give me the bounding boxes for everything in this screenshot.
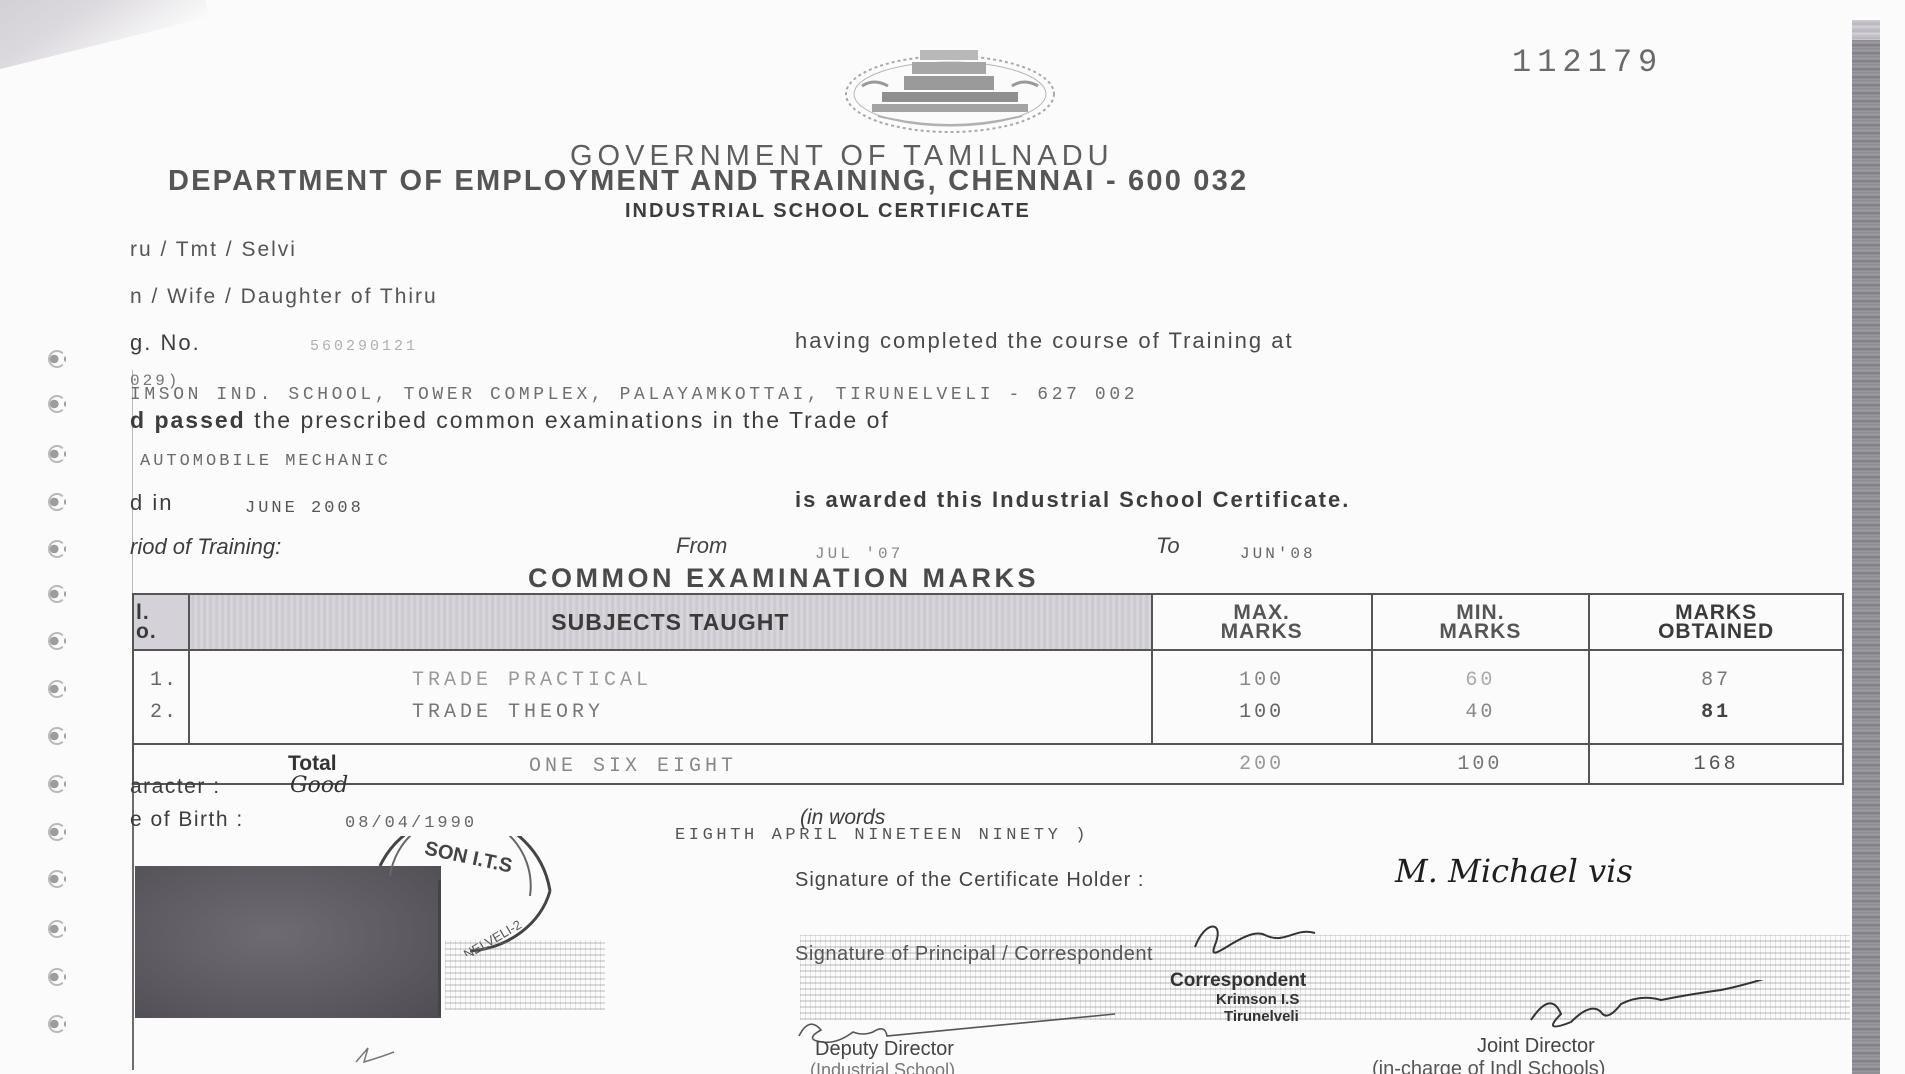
hole-punch-icon xyxy=(48,445,66,463)
period-label: riod of Training: xyxy=(130,534,281,560)
from-value: JUL '07 xyxy=(815,545,903,563)
subject-cell: TRADE PRACTICAL TRADE THEORY xyxy=(189,650,1152,744)
total-label: Total xyxy=(288,752,337,775)
col-subjects: SUBJECTS TAUGHT xyxy=(189,594,1152,650)
row-2-max: 100 xyxy=(1154,697,1370,729)
security-pattern xyxy=(445,940,605,1010)
row-2-sl: 2. xyxy=(150,697,187,729)
row-2-subject: TRADE THEORY xyxy=(412,697,1150,729)
scan-edge-stripe xyxy=(1852,40,1880,1074)
dob-value: 08/04/1990 xyxy=(345,814,477,833)
col-sl-line2: o. xyxy=(136,620,157,643)
hole-punch-icon xyxy=(48,395,66,413)
col-min-line2: MARKS xyxy=(1439,620,1521,643)
hole-punch-icon xyxy=(48,1015,66,1033)
dob-in-words: EIGHTH APRIL NINETEEN NINETY ) xyxy=(675,826,1089,845)
total-obtained-cell: 168 xyxy=(1589,744,1843,784)
hole-punch-icon xyxy=(48,540,66,558)
row-1-max: 100 xyxy=(1154,665,1370,697)
obtained-cell: 87 81 xyxy=(1589,650,1843,744)
principal-signature-label: Signature of Principal / Correspondent xyxy=(795,943,1153,966)
serial-number-value: 112179 xyxy=(1512,44,1663,81)
character-value: Good xyxy=(290,773,348,798)
holder-signature-label: Signature of the Certificate Holder : xyxy=(795,869,1144,892)
from-label: From xyxy=(676,533,727,559)
table-header-row: l.o. SUBJECTS TAUGHT MAX.MARKS MIN.MARKS… xyxy=(133,594,1843,650)
state-emblem-icon xyxy=(842,42,1058,134)
header-line-2: DEPARTMENT OF EMPLOYMENT AND TRAINING, C… xyxy=(168,165,1248,198)
hole-punch-icon xyxy=(48,870,66,888)
col-sl-no: l.o. xyxy=(133,594,189,650)
total-min-cell: 100 xyxy=(1372,744,1590,784)
sl-cell: 1. 2. xyxy=(133,650,189,744)
correspondent-seal-line2: Krimson I.S xyxy=(1216,991,1299,1008)
hole-punch-icon xyxy=(48,350,66,368)
min-cell: 60 40 xyxy=(1372,650,1590,744)
hole-punch-icon xyxy=(48,632,66,650)
total-min: 100 xyxy=(1457,753,1502,776)
held-in-value: JUNE 2008 xyxy=(245,499,364,518)
seal-top-text: SON I.T.S xyxy=(423,838,515,878)
completion-text: having completed the course of Training … xyxy=(795,328,1294,354)
institute-seal-icon: SON I.T.S NELVELI-2 xyxy=(360,836,560,956)
hole-punch-icon xyxy=(48,775,66,793)
marks-title: COMMON EXAMINATION MARKS xyxy=(528,563,1039,594)
to-label: To xyxy=(1156,533,1180,559)
row-1-obtained: 87 xyxy=(1591,665,1841,697)
total-obtained: 168 xyxy=(1694,753,1739,776)
name-label: ru / Tmt / Selvi xyxy=(130,238,297,262)
row-1-min: 60 xyxy=(1374,665,1588,697)
col-obt-line2: OBTAINED xyxy=(1658,620,1774,643)
total-words: ONE SIX EIGHT xyxy=(529,755,737,778)
principal-signature-icon xyxy=(1185,915,1325,955)
initials-mark-icon xyxy=(350,1040,410,1070)
character-label: aracter : xyxy=(130,775,221,799)
serial-number: 112179 xyxy=(1512,44,1663,81)
to-value: JUN'08 xyxy=(1240,545,1316,563)
joint-director-signature-icon xyxy=(1525,980,1805,1035)
hole-punch-icon xyxy=(48,920,66,938)
max-cell: 100 100 xyxy=(1152,650,1372,744)
passed-bold: d passed xyxy=(130,407,246,433)
correspondent-seal-line3: Tirunelveli xyxy=(1224,1008,1299,1025)
total-max: 200 xyxy=(1239,753,1284,776)
document-title: INDUSTRIAL SCHOOL CERTIFICATE xyxy=(625,200,1031,223)
scan-shadow xyxy=(0,0,209,80)
row-2-min: 40 xyxy=(1374,697,1588,729)
joint-director-title: Joint Director xyxy=(1477,1035,1595,1058)
trade-value: AUTOMOBILE MECHANIC xyxy=(140,452,391,471)
row-1-sl: 1. xyxy=(150,665,187,697)
table-body-row: 1. 2. TRADE PRACTICAL TRADE THEORY 100 1… xyxy=(133,650,1843,744)
total-max-cell: 200 xyxy=(1152,744,1372,784)
correspondent-seal-line1: Correspondent xyxy=(1170,970,1306,992)
hole-punch-icon xyxy=(48,968,66,986)
hole-punch-icon xyxy=(48,680,66,698)
dob-label: e of Birth : xyxy=(130,808,244,832)
hole-punch-icon xyxy=(48,585,66,603)
institute-address: IMSON IND. SCHOOL, TOWER COMPLEX, PALAYA… xyxy=(130,385,1138,405)
joint-director-subtitle: (in-charge of Indl Schools) xyxy=(1372,1058,1605,1074)
row-2-obtained: 81 xyxy=(1591,697,1841,729)
reg-no-label: g. No. xyxy=(130,330,201,356)
col-max-line2: MARKS xyxy=(1221,620,1303,643)
passed-statement: d passed the prescribed common examinati… xyxy=(130,407,890,434)
deputy-director-title: Deputy Director xyxy=(815,1038,954,1061)
col-marks-obtained: MARKSOBTAINED xyxy=(1589,594,1843,650)
held-in-label: d in xyxy=(130,490,173,516)
passed-rest: the prescribed common examinations in th… xyxy=(246,407,890,433)
reg-no-value: 560290121 xyxy=(310,338,418,355)
hole-punch-icon xyxy=(48,727,66,745)
deputy-director-subtitle: (Industrial School) xyxy=(810,1060,955,1074)
award-text: is awarded this Industrial School Certif… xyxy=(795,487,1350,513)
total-cell: Total ONE SIX EIGHT xyxy=(133,744,1152,784)
marks-table: l.o. SUBJECTS TAUGHT MAX.MARKS MIN.MARKS… xyxy=(132,593,1844,785)
holder-signature: M. Michael vis xyxy=(1395,852,1633,890)
col-min-marks: MIN.MARKS xyxy=(1372,594,1590,650)
row-1-subject: TRADE PRACTICAL xyxy=(412,665,1150,697)
col-max-marks: MAX.MARKS xyxy=(1152,594,1372,650)
hole-punch-icon xyxy=(48,823,66,841)
relation-label: n / Wife / Daughter of Thiru xyxy=(130,285,438,309)
table-total-row: Total ONE SIX EIGHT 200 100 168 xyxy=(133,744,1843,784)
hole-punch-icon xyxy=(48,493,66,511)
